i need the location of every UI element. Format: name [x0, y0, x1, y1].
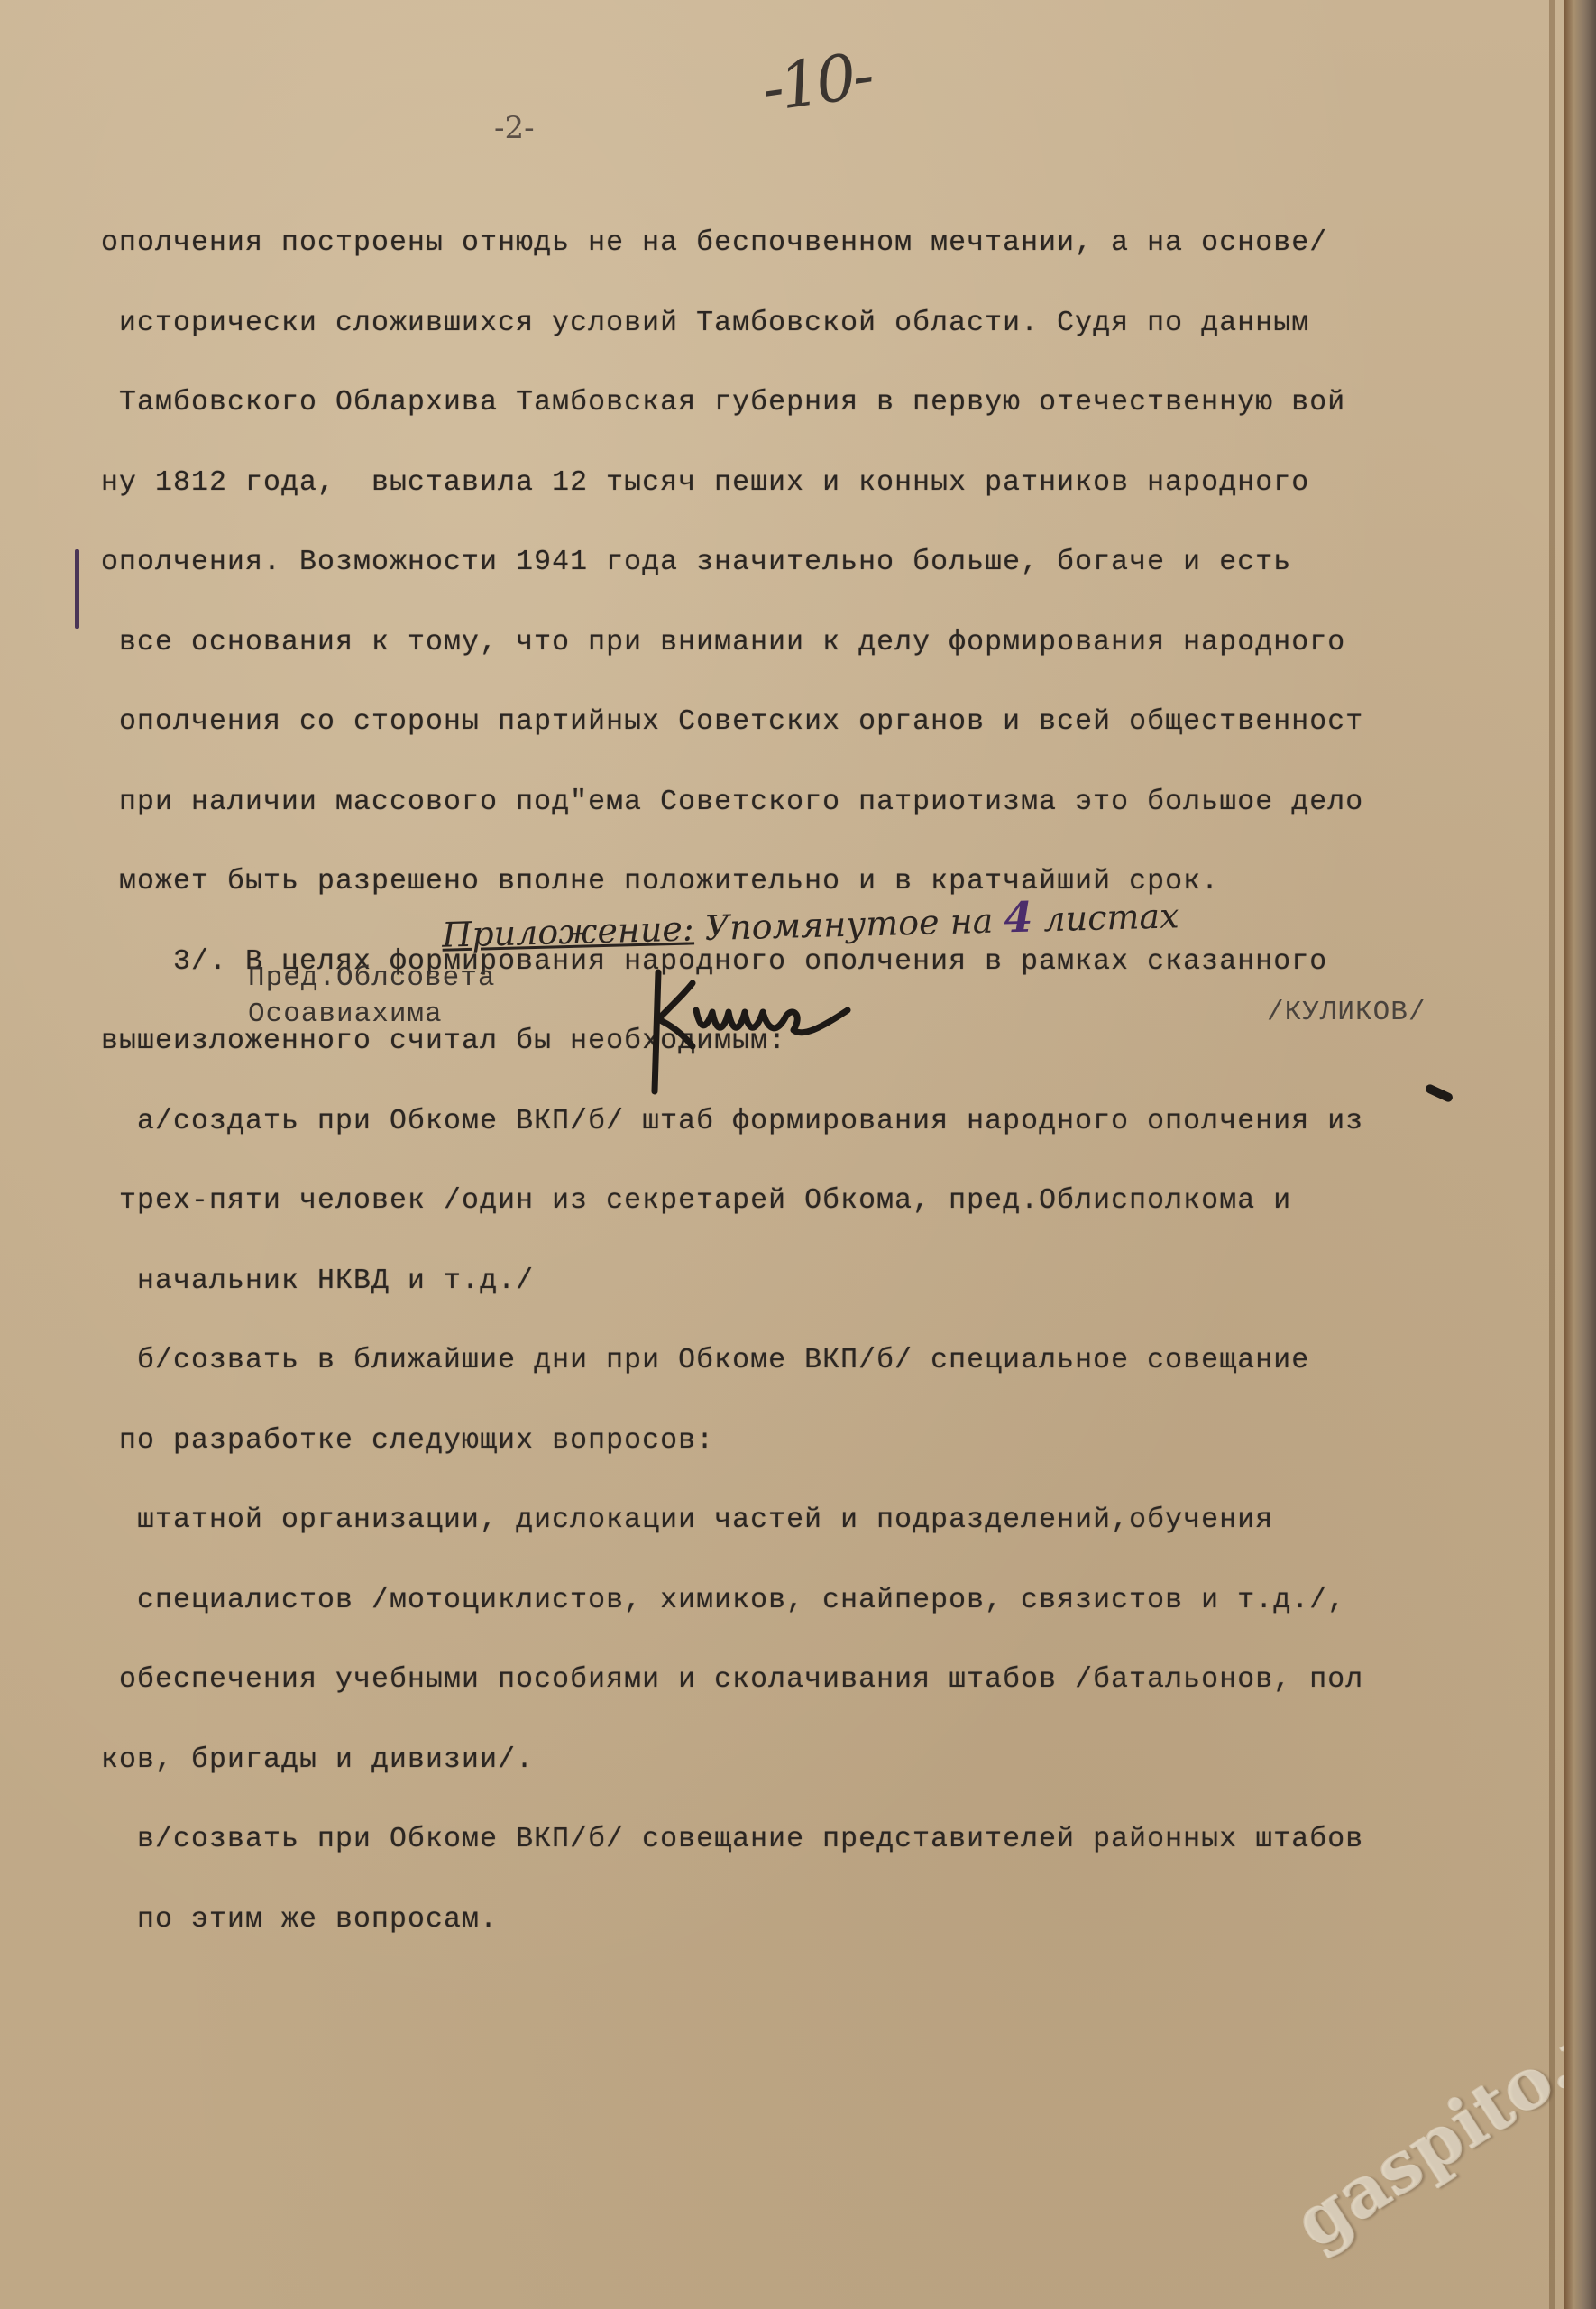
margin-pencil-mark — [75, 549, 79, 629]
body-line: а/создать при Обкоме ВКП/б/ штаб формиро… — [101, 1109, 1580, 1136]
handwritten-signature-icon — [622, 956, 938, 1100]
signatory-title-line1: Пред.Облсовета — [248, 961, 495, 997]
body-line: ну 1812 года, выставила 12 тысяч пеших и… — [101, 470, 1580, 497]
signatory-title: Пред.Облсовета Осоавиахима — [248, 961, 495, 1033]
page-number: -2- — [494, 110, 535, 146]
body-line: в/созвать при Обкоме ВКП/б/ совещание пр… — [101, 1826, 1580, 1854]
body-line: по этим же вопросам. — [101, 1907, 1580, 1934]
body-line: ополчения построены отнюдь не на беспочв… — [101, 230, 1580, 257]
body-line: при наличии массового под"ема Советского… — [101, 789, 1580, 816]
signatory-name: /КУЛИКОВ/ — [1267, 997, 1426, 1028]
folio-number: -10- — [757, 38, 876, 126]
body-line: трех-пяти человек /один из секретарей Об… — [101, 1188, 1580, 1215]
annotation-sheet-count: 4 — [1004, 893, 1033, 943]
document-page: -10- -2- ополчения построены отнюдь не н… — [0, 0, 1564, 2309]
body-line: ополчения. Возможности 1941 года значите… — [101, 549, 1580, 576]
body-line: б/созвать в ближайшие дни при Обкоме ВКП… — [101, 1348, 1580, 1375]
annotation-text-end: листах — [1032, 896, 1179, 939]
body-line: ополчения со стороны партийных Советских… — [101, 709, 1580, 736]
annotation-heading: Приложение: — [442, 908, 695, 954]
body-line: исторически сложившихся условий Тамбовск… — [101, 310, 1580, 337]
annotation-text: Упомянутое на — [693, 900, 1004, 948]
body-line: специалистов /мотоциклистов, химиков, сн… — [101, 1587, 1580, 1614]
body-line: начальник НКВД и т.д./ — [101, 1268, 1580, 1295]
body-line: ков, бригады и дивизии/. — [101, 1747, 1580, 1774]
signatory-title-line2: Осоавиахима — [248, 997, 495, 1033]
body-line: все основания к тому, что при внимании к… — [101, 630, 1580, 657]
body-line: штатной организации, дислокации частей и… — [101, 1507, 1580, 1534]
body-line: по разработке следующих вопросов: — [101, 1428, 1580, 1455]
body-line: Тамбовского Облархива Тамбовская губерни… — [101, 390, 1580, 417]
body-line: может быть разрешено вполне положительно… — [101, 869, 1580, 896]
body-line: обеспечения учебными пособиями и сколачи… — [101, 1667, 1580, 1694]
scan-edge — [1564, 0, 1596, 2309]
